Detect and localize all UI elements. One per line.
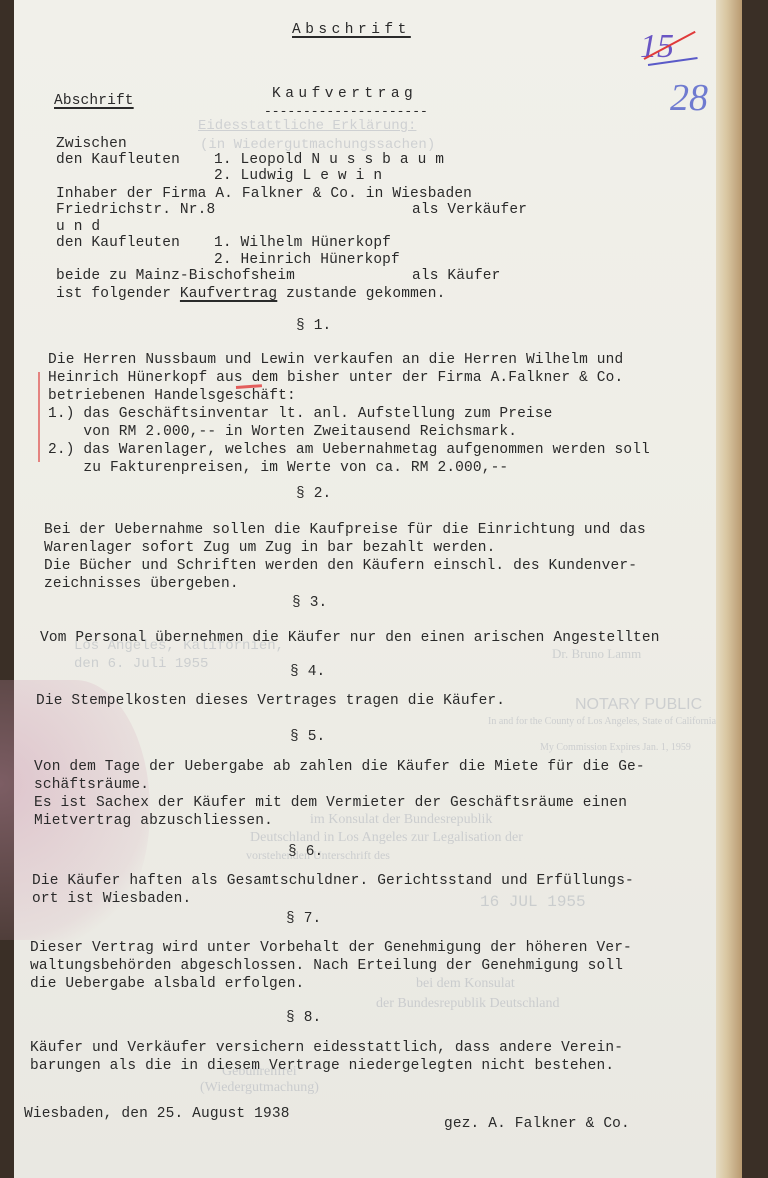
section-line: 1.) das Geschäftsinventar lt. anl. Aufst… [48, 406, 553, 422]
bleed-fee-2: (Wiedergutmachung) [200, 1080, 319, 1096]
closing-prefix: ist folgender [56, 286, 180, 302]
paper-edge [716, 0, 742, 1178]
sellers-prefix: den Kaufleuten [56, 152, 180, 168]
section-line: Heinrich Hünerkopf aus dem bisher unter … [48, 370, 623, 386]
bleed-title: Eidesstattliche Erklärung: [198, 118, 416, 134]
document-header-title: Abschrift [292, 22, 411, 38]
section-line: Vom Personal übernehmen die Käufer nur d… [40, 630, 660, 646]
section-line: zu Fakturenpreisen, im Werte von ca. RM … [48, 460, 508, 476]
section-line: Es ist Sachex der Käufer mit dem Vermiet… [34, 795, 627, 811]
place-date: Wiesbaden, den 25. August 1938 [24, 1106, 290, 1122]
section-heading: § 6. [288, 844, 323, 860]
section-line: 2.) das Warenlager, welches am Uebernahm… [48, 442, 650, 458]
buyer-1: 1. Wilhelm Hünerkopf [214, 235, 391, 251]
seller-1: 1. Leopold N u s s b a u m [214, 152, 444, 168]
signature: gez. A. Falkner & Co. [444, 1116, 630, 1132]
section-line: die Uebergabe alsbald erfolgen. [30, 976, 304, 992]
address: Friedrichstr. Nr.8 [56, 202, 215, 218]
bleed-notary-county: In and for the County of Los Angeles, St… [488, 716, 716, 727]
bleed-notary-title: NOTARY PUBLIC [575, 696, 702, 714]
red-margin-mark [38, 372, 40, 462]
section-line: Dieser Vertrag wird unter Vorbehalt der … [30, 940, 632, 956]
bleed-stamp-date: 16 JUL 1955 [480, 893, 586, 911]
left-copy-label: Abschrift [54, 93, 134, 109]
section-heading: § 3. [292, 595, 327, 611]
buyers-prefix: den Kaufleuten [56, 235, 180, 251]
section-line: Die Bücher und Schriften werden den Käuf… [44, 558, 637, 574]
section-line: von RM 2.000,-- in Worten Zweitausend Re… [48, 424, 517, 440]
section-heading: § 2. [296, 486, 331, 502]
section-line: Von dem Tage der Uebergabe ab zahlen die… [34, 759, 645, 775]
section-line: barungen als die in diesem Vertrage nied… [30, 1058, 614, 1074]
page-number: 28 [670, 76, 708, 120]
between-label: Zwischen [56, 136, 127, 152]
section-line: Warenlager sofort Zug um Zug in bar beza… [44, 540, 495, 556]
section-heading: § 5. [290, 729, 325, 745]
buyers-location: beide zu Mainz-Bischofsheim [56, 268, 295, 284]
section-line: waltungsbehörden abgeschlossen. Nach Ert… [30, 958, 623, 974]
section-line: Die Stempelkosten dieses Vertrages trage… [36, 693, 505, 709]
buyer-role: als Käufer [412, 268, 501, 284]
section-heading: § 8. [286, 1010, 321, 1026]
section-line: betriebenen Handelsgeschäft: [48, 388, 296, 404]
bleed-subtitle: (in Wiedergutmachungssachen) [200, 137, 435, 153]
firm-line: Inhaber der Firma A. Falkner & Co. in Wi… [56, 186, 472, 202]
section-line: Mietvertrag abzuschliessen. [34, 813, 273, 829]
bleed-commission: My Commission Expires Jan. 1, 1959 [540, 742, 691, 753]
bleed-consulate-1: im Konsulat der Bundesrepublik [310, 812, 492, 828]
bleed-consulate-4: bei dem Konsulat [416, 976, 515, 992]
section-line: Bei der Uebernahme sollen die Kaufpreise… [44, 522, 646, 538]
bleed-date: den 6. Juli 1955 [74, 656, 208, 672]
section-line: Die Herren Nussbaum und Lewin verkaufen … [48, 352, 623, 368]
closing-suffix: zustande gekommen. [277, 286, 445, 302]
section-line: Käufer und Verkäufer versichern eidessta… [30, 1040, 623, 1056]
seller-2: 2. Ludwig L e w i n [214, 168, 382, 184]
and-label: u n d [56, 219, 100, 235]
seller-role: als Verkäufer [412, 202, 527, 218]
buyer-2: 2. Heinrich Hünerkopf [214, 252, 400, 268]
closing-line: ist folgender Kaufvertrag zustande gekom… [56, 286, 445, 302]
section-line: schäftsräume. [34, 777, 149, 793]
section-heading: § 4. [290, 664, 325, 680]
bleed-consulate-5: der Bundesrepublik Deutschland [376, 996, 560, 1012]
contract-title: Kaufvertrag [272, 86, 417, 102]
section-line: zeichnisses übergeben. [44, 576, 239, 592]
section-line: ort ist Wiesbaden. [32, 891, 191, 907]
bleed-notary-name: Dr. Bruno Lamm [552, 646, 641, 662]
closing-keyword: Kaufvertrag [180, 286, 277, 302]
section-heading: § 1. [296, 318, 331, 334]
section-heading: § 7. [286, 911, 321, 927]
contract-title-underline: --------------------- [264, 104, 428, 119]
section-line: Die Käufer haften als Gesamtschuldner. G… [32, 873, 634, 889]
